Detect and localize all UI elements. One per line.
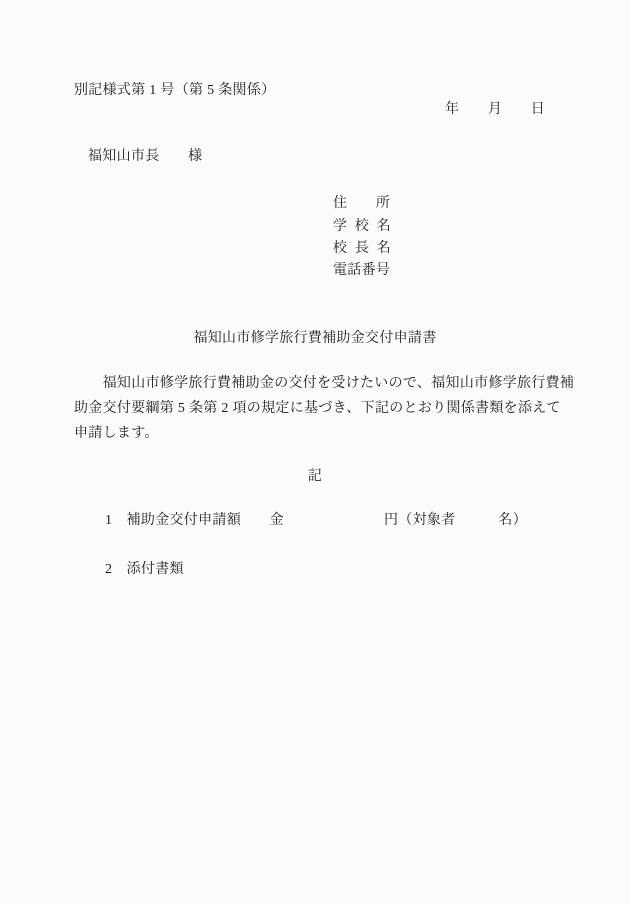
body-line-2: 助金交付要綱第 5 条第 2 項の規定に基づき、下記のとおり関係書類を添えて — [74, 400, 561, 418]
item-1-subsidy-amount-line: 1 補助金交付申請額 金 円（対象者 名） — [105, 512, 527, 530]
record-heading: 記 — [0, 468, 630, 486]
sender-address-label: 住 所 — [333, 195, 390, 213]
sender-phone-label: 電話番号 — [333, 262, 390, 280]
form-number-note: 別記様式第 1 号（第 5 条関係） — [74, 82, 275, 100]
document-title: 福知山市修学旅行費補助金交付申請書 — [0, 330, 630, 348]
body-line-3: 申請します。 — [74, 425, 159, 443]
sender-principal-name-label: 校 長 名 — [333, 240, 391, 258]
date-line: 年 月 日 — [445, 101, 545, 119]
body-line-1: 福知山市修学旅行費補助金の交付を受けたいので、福知山市修学旅行費補 — [74, 375, 574, 393]
item-2-attached-documents-line: 2 添付書類 — [105, 561, 184, 579]
sender-school-name-label: 学 校 名 — [333, 218, 391, 236]
addressee-line: 福知山市長 様 — [88, 148, 202, 166]
document-page: 別記様式第 1 号（第 5 条関係） 年 月 日 福知山市長 様 住 所 学 校… — [0, 0, 630, 903]
